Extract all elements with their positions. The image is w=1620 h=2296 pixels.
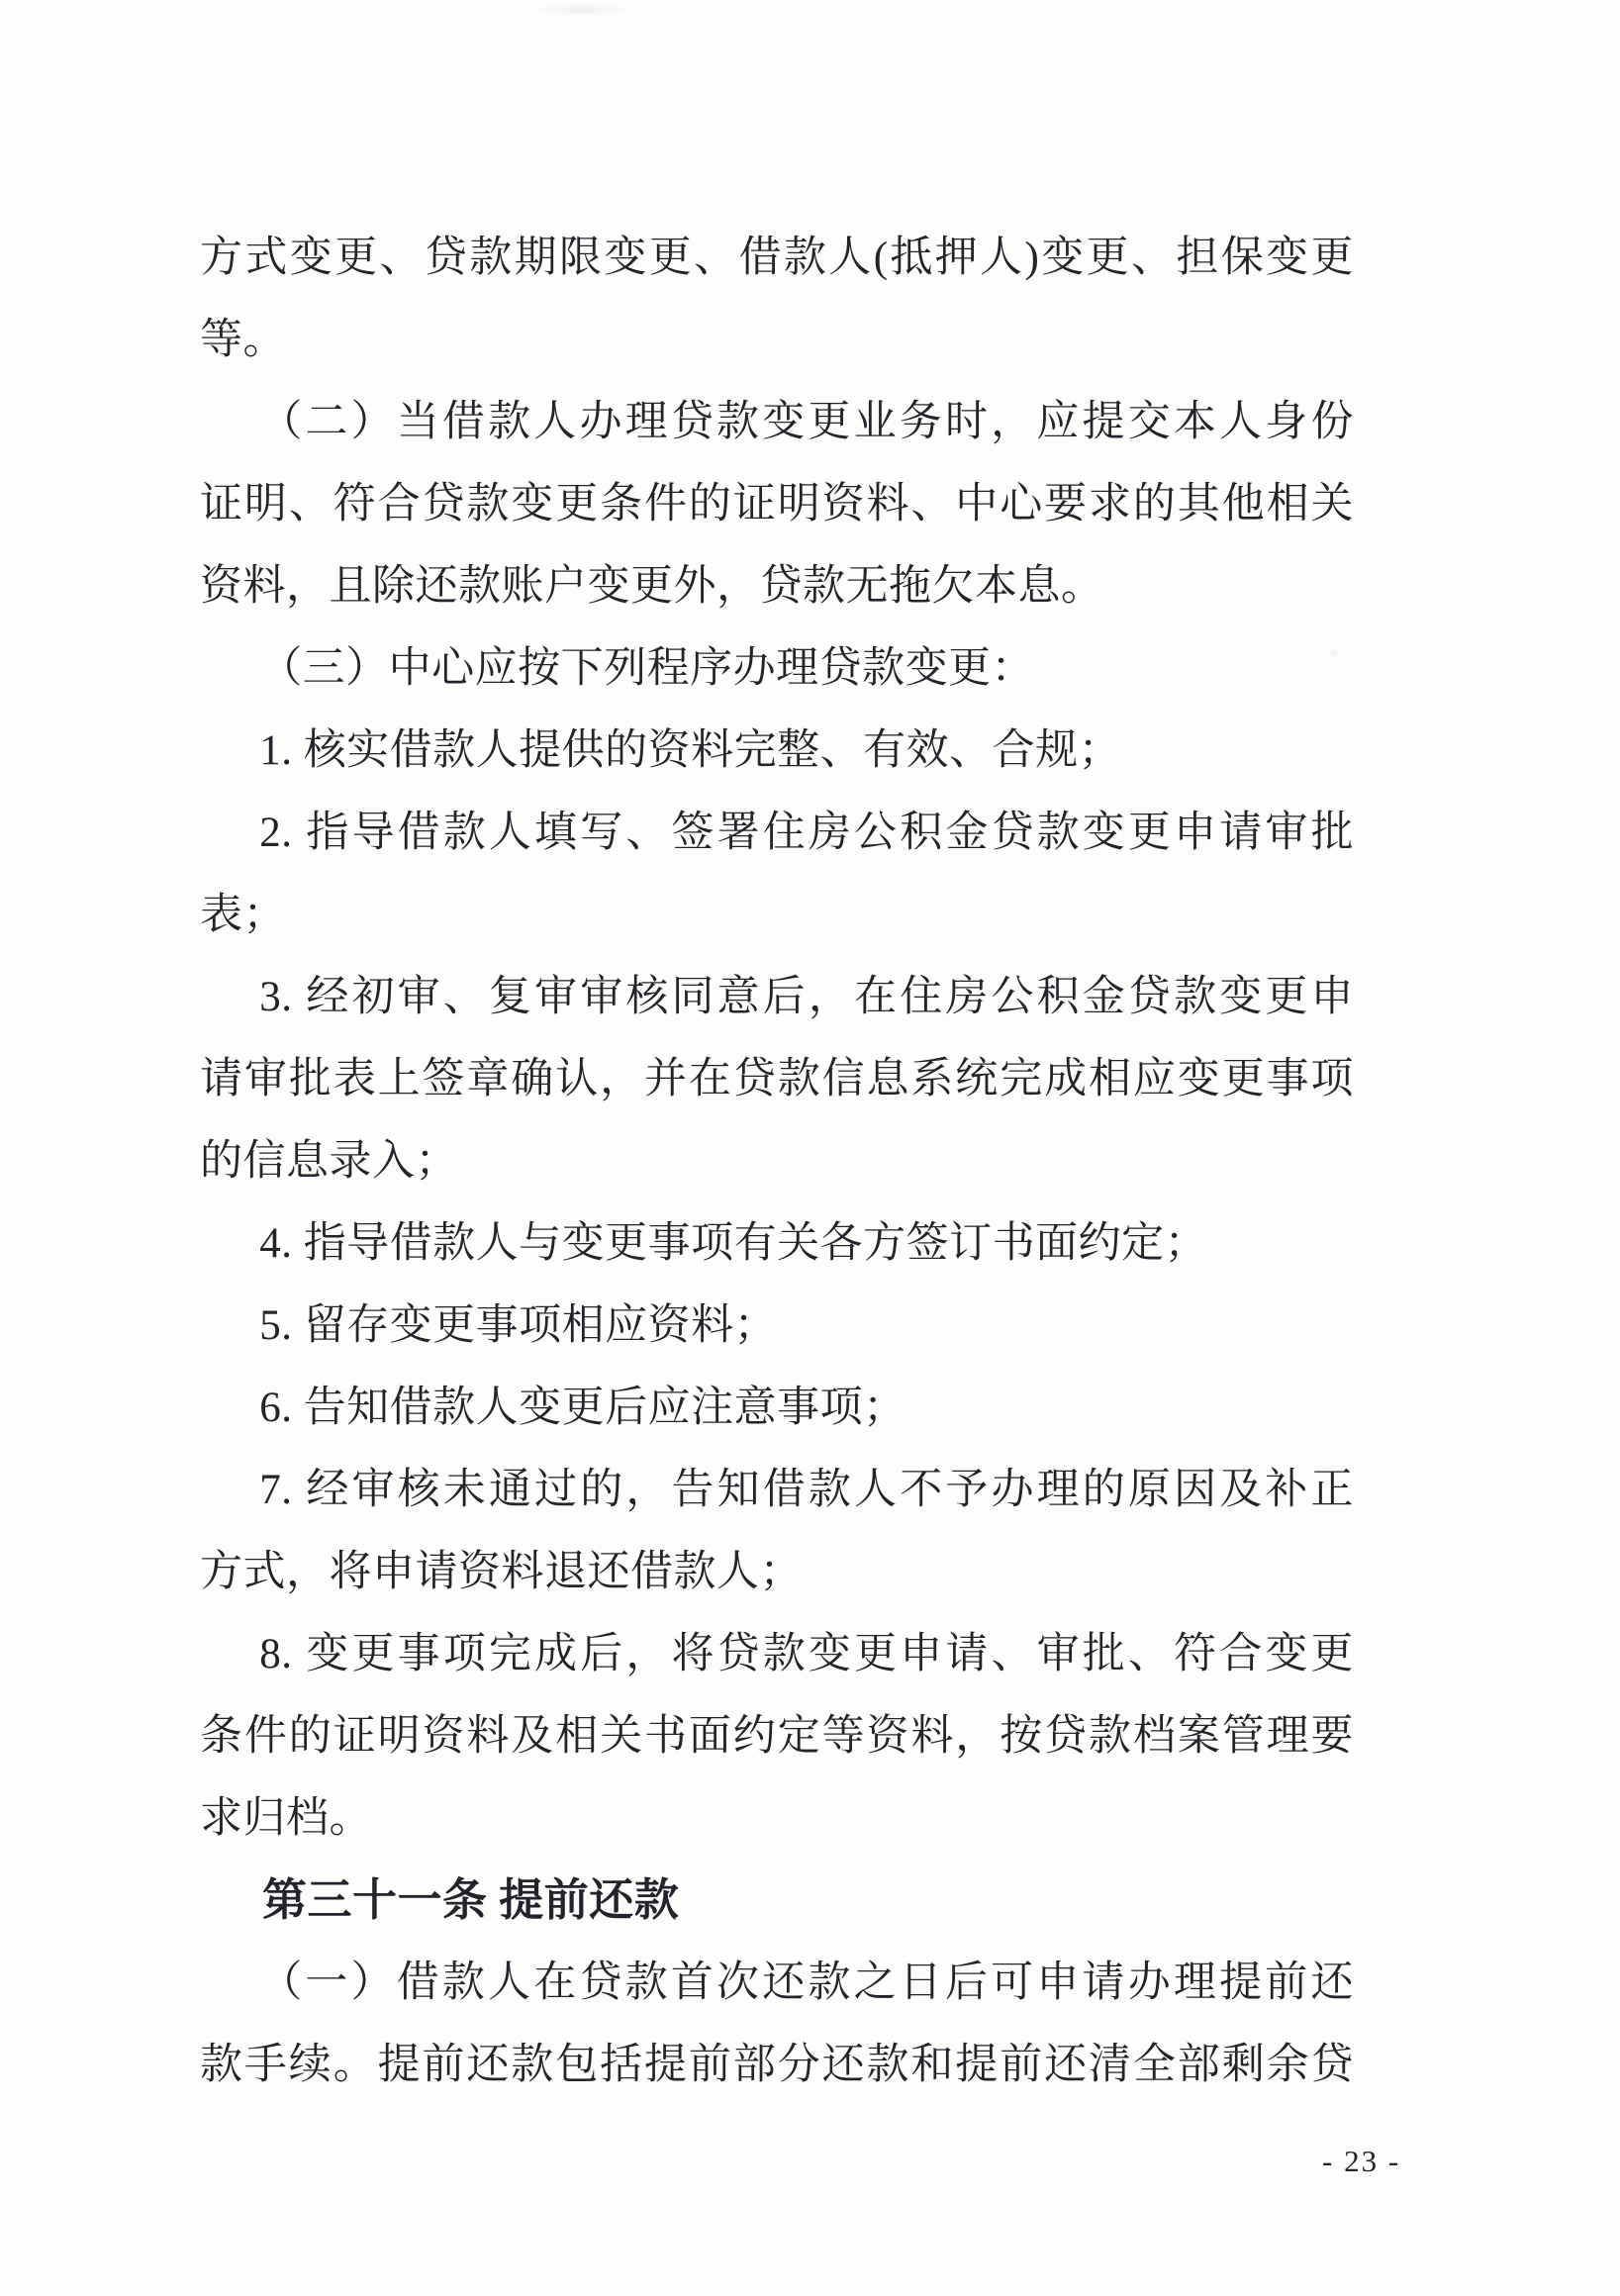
text-line: 款手续。提前还款包括提前部分还款和提前还清全部剩余贷 (200, 2024, 1354, 2106)
document-body: 方式变更、贷款期限变更、借款人(抵押人)变更、担保变更等。（二）当借款人办理贷款… (200, 217, 1354, 2106)
text-line: 2. 指导借款人填写、签署住房公积金贷款变更申请审批 (200, 792, 1354, 874)
text-line: 等。 (200, 299, 1354, 381)
document-page: 方式变更、贷款期限变更、借款人(抵押人)变更、担保变更等。（二）当借款人办理贷款… (0, 0, 1620, 2296)
text-line: 3. 经初审、复审审核同意后，在住房公积金贷款变更申 (200, 956, 1354, 1038)
text-line: （一）借款人在贷款首次还款之日后可申请办理提前还 (200, 1942, 1354, 2024)
text-line: 表； (200, 874, 1354, 956)
section-heading: 第三十一条 提前还款 (200, 1860, 1354, 1942)
text-line: （三）中心应按下列程序办理贷款变更： (200, 627, 1354, 710)
text-line: 5. 留存变更事项相应资料； (200, 1285, 1354, 1367)
text-line: 方式变更、贷款期限变更、借款人(抵押人)变更、担保变更 (200, 217, 1354, 299)
text-line: 请审批表上签章确认，并在贷款信息系统完成相应变更事项 (200, 1038, 1354, 1120)
text-line: 证明、符合贷款变更条件的证明资料、中心要求的其他相关 (200, 463, 1354, 545)
text-line: （二）当借款人办理贷款变更业务时，应提交本人身份 (200, 381, 1354, 463)
text-line: 条件的证明资料及相关书面约定等资料，按贷款档案管理要 (200, 1695, 1354, 1777)
text-line: 资料，且除还款账户变更外，贷款无拖欠本息。 (200, 545, 1354, 627)
text-line: 8. 变更事项完成后，将贷款变更申请、审批、符合变更 (200, 1613, 1354, 1695)
text-line: 7. 经审核未通过的，告知借款人不予办理的原因及补正 (200, 1449, 1354, 1531)
text-line: 6. 告知借款人变更后应注意事项； (200, 1367, 1354, 1449)
text-line: 1. 核实借款人提供的资料完整、有效、合规； (200, 710, 1354, 792)
text-line: 4. 指导借款人与变更事项有关各方签订书面约定； (200, 1202, 1354, 1285)
text-line: 方式，将申请资料退还借款人； (200, 1531, 1354, 1613)
text-line: 求归档。 (200, 1777, 1354, 1860)
text-line: 的信息录入； (200, 1120, 1354, 1202)
page-number: - 23 - (1322, 2144, 1400, 2179)
